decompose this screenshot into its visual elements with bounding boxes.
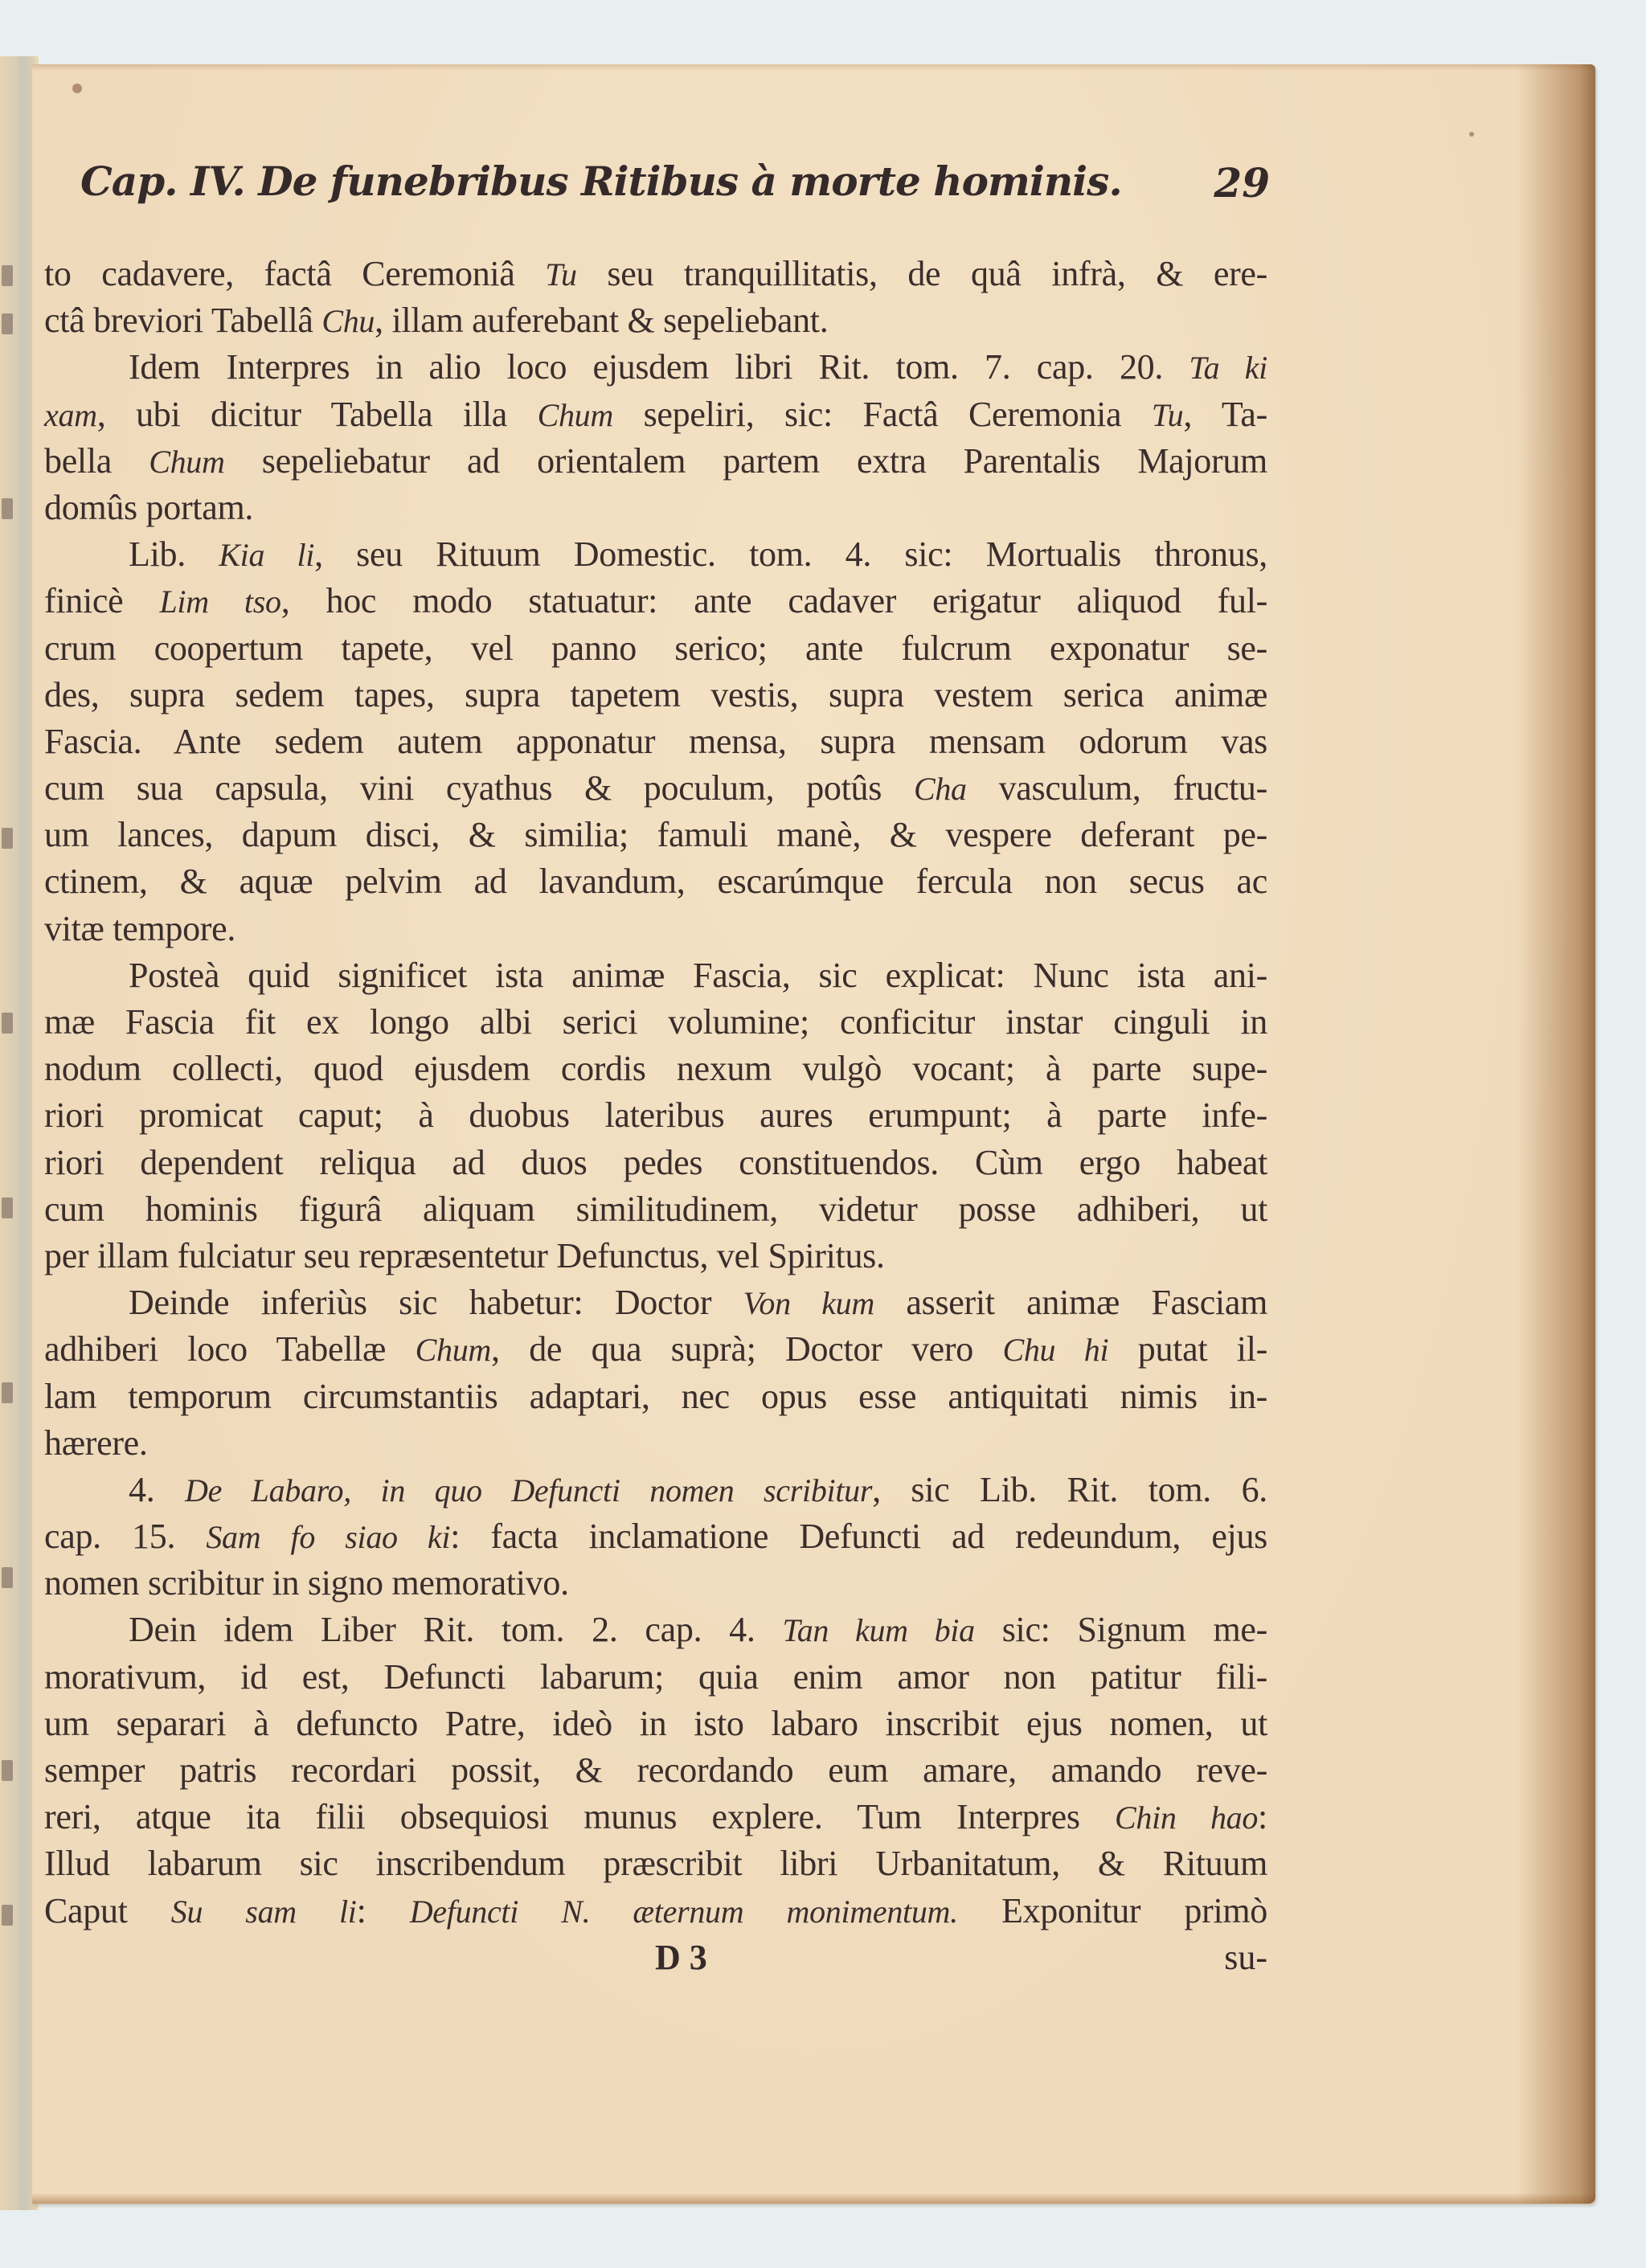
text-line: Idem Interpres in alio loco ejusdem libr… — [44, 344, 1267, 391]
text-line: Posteà quid significet ista animæ Fascia… — [44, 952, 1267, 999]
text-line: riori promicat caput; à duobus lateribus… — [44, 1092, 1267, 1139]
italic-term: Chum — [416, 1332, 491, 1368]
text-line: nodum collecti, quod ejusdem cordis nexu… — [44, 1046, 1267, 1092]
text-line: cum sua capsula, vini cyathus & poculum,… — [44, 765, 1267, 812]
facing-page-bleed — [2, 1567, 13, 1588]
text-line: Fascia. Ante sedem autem apponatur mensa… — [44, 718, 1267, 765]
italic-term: Tu — [1152, 397, 1183, 433]
text-line: domûs portam. — [44, 485, 1267, 531]
page-header: Cap. IV. De funebribus Ritibus à morte h… — [80, 158, 1270, 214]
facing-page-bleed — [2, 1760, 13, 1781]
italic-term: Tu — [545, 256, 576, 293]
text-line: um lances, dapum disci, & similia; famul… — [44, 812, 1267, 858]
italic-term: De Labaro, in quo Defuncti nomen scribit… — [185, 1472, 872, 1509]
text-line: cap. 15. Sam fo siao ki: facta inclamati… — [44, 1513, 1267, 1560]
text-line: lam temporum circumstantiis adaptari, ne… — [44, 1373, 1267, 1420]
text-line: xam, ubi dicitur Tabella illa Chum sepel… — [44, 391, 1267, 438]
facing-page-bleed — [2, 265, 13, 286]
italic-term: Chu — [321, 303, 375, 339]
text-line: Lib. Kia li, seu Rituum Domestic. tom. 4… — [44, 531, 1267, 578]
italic-term: Tan kum bia — [782, 1612, 974, 1648]
text-line: reri, atque ita filii obsequiosi munus e… — [44, 1794, 1267, 1840]
facing-page-bleed — [2, 313, 13, 334]
italic-term: Chum — [149, 444, 224, 480]
text-line: ctinem, & aquæ pelvim ad lavandum, escar… — [44, 858, 1267, 905]
text-line: morativum, id est, Defuncti labarum; qui… — [44, 1654, 1267, 1701]
catchword: su- — [1224, 1937, 1267, 1978]
italic-term: Kia li — [219, 537, 314, 573]
text-line: crum coopertum tapete, vel panno serico;… — [44, 625, 1267, 672]
signature-mark: D 3 — [655, 1937, 707, 1978]
text-line: ctâ breviori Tabellâ Chu, illam aufereba… — [44, 297, 1267, 344]
text-line: Caput Su sam li: Defuncti N. æternum mon… — [44, 1888, 1267, 1934]
italic-term: Von kum — [743, 1285, 874, 1321]
text-line: Dein idem Liber Rit. tom. 2. cap. 4. Tan… — [44, 1607, 1267, 1653]
facing-page-bleed — [2, 498, 13, 519]
text-line: bella Chum sepeliebatur ad orientalem pa… — [44, 438, 1267, 485]
text-line: mæ Fascia fit ex longo albi serici volum… — [44, 999, 1267, 1046]
running-title: Cap. IV. De funebribus Ritibus à morte h… — [80, 158, 1122, 205]
text-line: nomen scribitur in signo memorativo. — [44, 1560, 1267, 1607]
text-line: hærere. — [44, 1420, 1267, 1467]
foxing-spot — [1469, 132, 1474, 137]
facing-page-bleed — [2, 1905, 13, 1926]
page-footer: D 3 su- — [44, 1937, 1267, 1985]
facing-page-bleed — [2, 1197, 13, 1218]
facing-page-bleed — [2, 1013, 13, 1034]
facing-page-bleed — [2, 1382, 13, 1403]
body-text: to cadavere, factâ Ceremoniâ Tu seu tran… — [44, 251, 1267, 1934]
text-line: riori dependent reliqua ad duos pedes co… — [44, 1140, 1267, 1186]
text-line: des, supra sedem tapes, supra tapetem ve… — [44, 672, 1267, 718]
italic-term: Cha — [914, 771, 967, 807]
text-line: Deinde inferiùs sic habetur: Doctor Von … — [44, 1279, 1267, 1326]
text-line: to cadavere, factâ Ceremoniâ Tu seu tran… — [44, 251, 1267, 297]
text-line: um separari à defuncto Patre, ideò in is… — [44, 1701, 1267, 1747]
text-line: semper patris recordari possit, & record… — [44, 1747, 1267, 1794]
italic-term: Lim tso — [159, 583, 280, 620]
italic-term: Defuncti N. æternum monimentum. — [410, 1893, 958, 1930]
italic-term: Ta ki — [1189, 350, 1267, 386]
text-line: Illud labarum sic inscribendum præscribi… — [44, 1840, 1267, 1887]
page-number: 29 — [1214, 159, 1270, 207]
italic-term: Su sam li — [171, 1893, 357, 1930]
text-line: 4. De Labaro, in quo Defuncti nomen scri… — [44, 1467, 1267, 1513]
italic-term: Chin hao — [1115, 1799, 1258, 1836]
text-line: adhiberi loco Tabellæ Chum, de qua suprà… — [44, 1326, 1267, 1373]
italic-term: Sam fo siao ki — [206, 1519, 450, 1555]
text-line: per illam fulciatur seu repræsentetur De… — [44, 1233, 1267, 1279]
foxing-spot — [72, 84, 82, 93]
italic-term: Chu hi — [1002, 1332, 1108, 1368]
italic-term: Chum — [538, 397, 613, 433]
text-line: cum hominis figurâ aliquam similitudinem… — [44, 1186, 1267, 1233]
text-line: finicè Lim tso, hoc modo statuatur: ante… — [44, 578, 1267, 624]
text-line: vitæ tempore. — [44, 906, 1267, 952]
facing-page-bleed — [2, 828, 13, 849]
italic-term: xam — [44, 397, 97, 433]
